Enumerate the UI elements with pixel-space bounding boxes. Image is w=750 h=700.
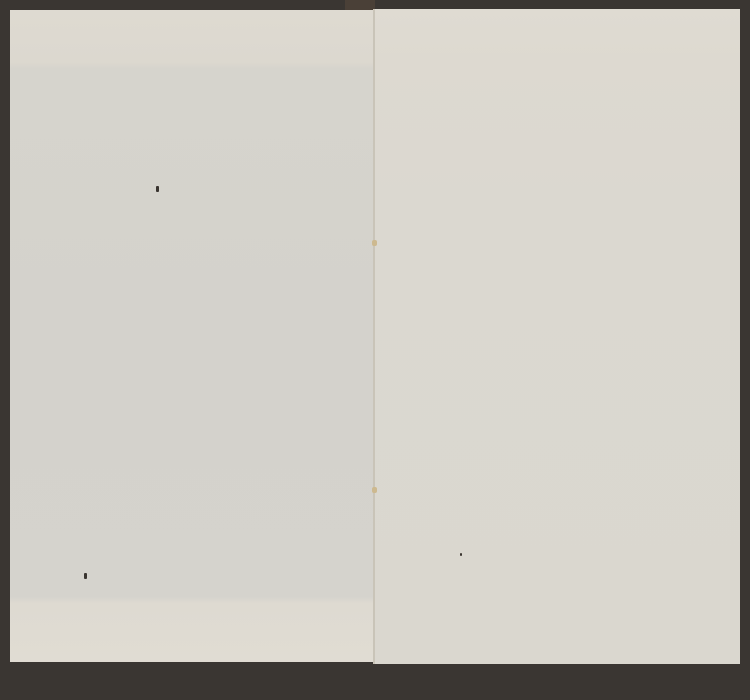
binding-thread-mark <box>372 487 377 493</box>
paper-speck <box>156 186 159 192</box>
binding-thread-mark <box>372 240 377 246</box>
right-page <box>374 9 740 664</box>
paper-speck <box>460 553 462 556</box>
book-gutter <box>373 9 375 664</box>
show-through-text <box>120 150 350 600</box>
paper-speck <box>84 573 87 579</box>
